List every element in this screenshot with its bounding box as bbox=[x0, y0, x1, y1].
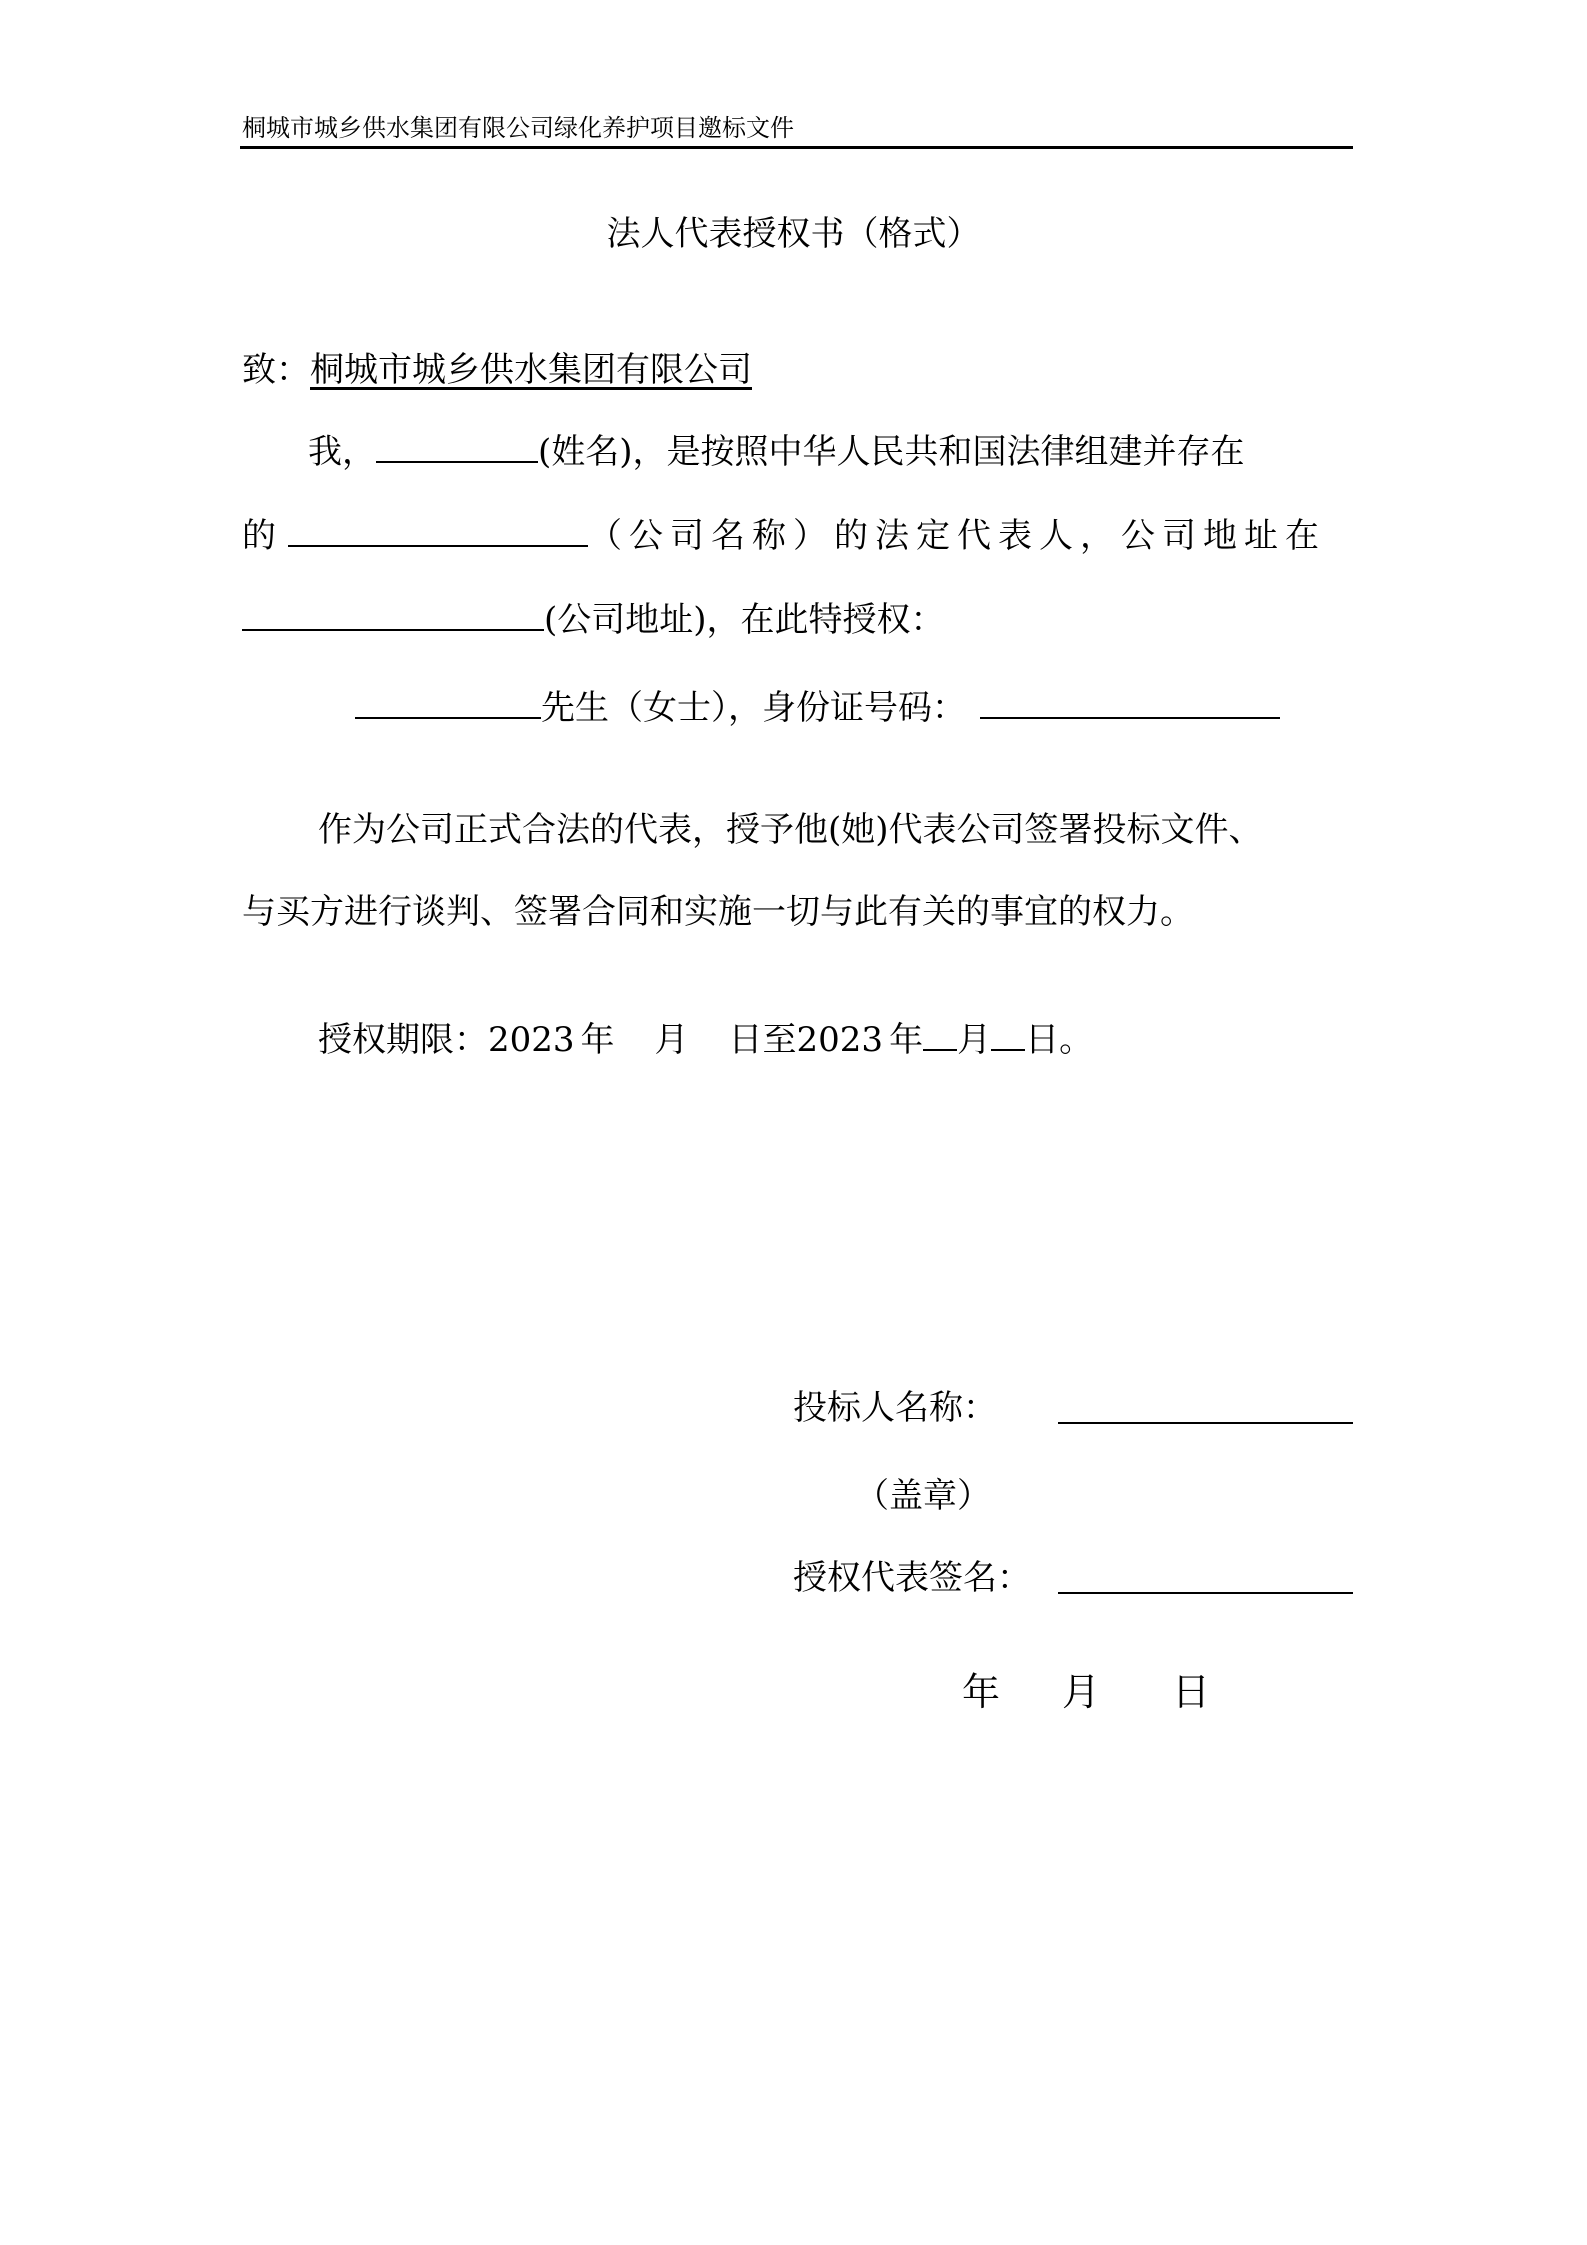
date-day: 日 bbox=[1172, 1670, 1210, 1714]
end-month-blank[interactable] bbox=[923, 1019, 957, 1051]
start-year: 2023 bbox=[488, 1020, 575, 1060]
month-char: 月 bbox=[957, 1020, 991, 1060]
page-title: 法人代表授权书（格式） bbox=[0, 212, 1587, 256]
month-char: 月 bbox=[655, 1020, 689, 1060]
para3-line1: 作为公司正式合法的代表，授予他(她)代表公司签署投标文件、 bbox=[318, 808, 1263, 852]
running-header: 桐城市城乡供水集团有限公司绿化养护项目邀标文件 bbox=[242, 113, 794, 143]
bidder-name-label: 投标人名称： bbox=[793, 1386, 997, 1430]
date-month: 月 bbox=[1062, 1670, 1100, 1714]
company-name-blank[interactable] bbox=[288, 515, 588, 547]
para1-text: 我， bbox=[308, 432, 376, 472]
para1-line3: (公司地址)，在此特授权： bbox=[242, 598, 945, 642]
recipient-line: 致：桐城市城乡供水集团有限公司 bbox=[242, 348, 752, 392]
name-blank[interactable] bbox=[376, 431, 538, 463]
header-divider bbox=[240, 146, 1353, 149]
recipient-name: 桐城市城乡供水集团有限公司 bbox=[310, 350, 752, 390]
year-char: 年 bbox=[581, 1020, 615, 1060]
para2-line: 先生（女士），身份证号码： bbox=[355, 686, 1280, 730]
para2-text: 先生（女士），身份证号码： bbox=[541, 688, 966, 728]
day-char: 日 bbox=[729, 1020, 763, 1060]
seal-note: （盖章） bbox=[855, 1474, 991, 1518]
end-day-blank[interactable] bbox=[991, 1019, 1025, 1051]
rep-sign-blank[interactable] bbox=[1058, 1562, 1353, 1594]
period-end: 。 bbox=[1059, 1020, 1093, 1060]
end-year: 2023 bbox=[797, 1020, 884, 1060]
sign-date: 年月日 bbox=[962, 1670, 1210, 1714]
period-label: 授权期限： bbox=[318, 1020, 488, 1060]
day-char: 日 bbox=[1025, 1020, 1059, 1060]
authorized-person-blank[interactable] bbox=[355, 687, 541, 719]
para1-text: 的 bbox=[242, 516, 276, 556]
para1-text: （公司名称）的法定代表人，公司地址在 bbox=[588, 516, 1326, 556]
para1-text: (姓名)，是按照中华人民共和国法律组建并存在 bbox=[538, 432, 1245, 472]
id-number-blank[interactable] bbox=[980, 687, 1280, 719]
year-char: 年 bbox=[889, 1020, 923, 1060]
bidder-name-blank[interactable] bbox=[1058, 1392, 1353, 1424]
company-address-blank[interactable] bbox=[242, 599, 544, 631]
para1-text: (公司地址)，在此特授权： bbox=[544, 600, 945, 640]
para3-line2: 与买方进行谈判、签署合同和实施一切与此有关的事宜的权力。 bbox=[242, 890, 1194, 934]
para1-line2: 的（公司名称）的法定代表人，公司地址在 bbox=[242, 514, 1326, 558]
rep-sign-label: 授权代表签名： bbox=[793, 1556, 1031, 1600]
recipient-label: 致： bbox=[242, 350, 310, 390]
to-char: 至 bbox=[763, 1020, 797, 1060]
date-year: 年 bbox=[962, 1670, 1000, 1714]
authorization-period: 授权期限：2023年月日至2023年月日。 bbox=[318, 1018, 1093, 1062]
para1-line1: 我，(姓名)，是按照中华人民共和国法律组建并存在 bbox=[308, 430, 1245, 474]
